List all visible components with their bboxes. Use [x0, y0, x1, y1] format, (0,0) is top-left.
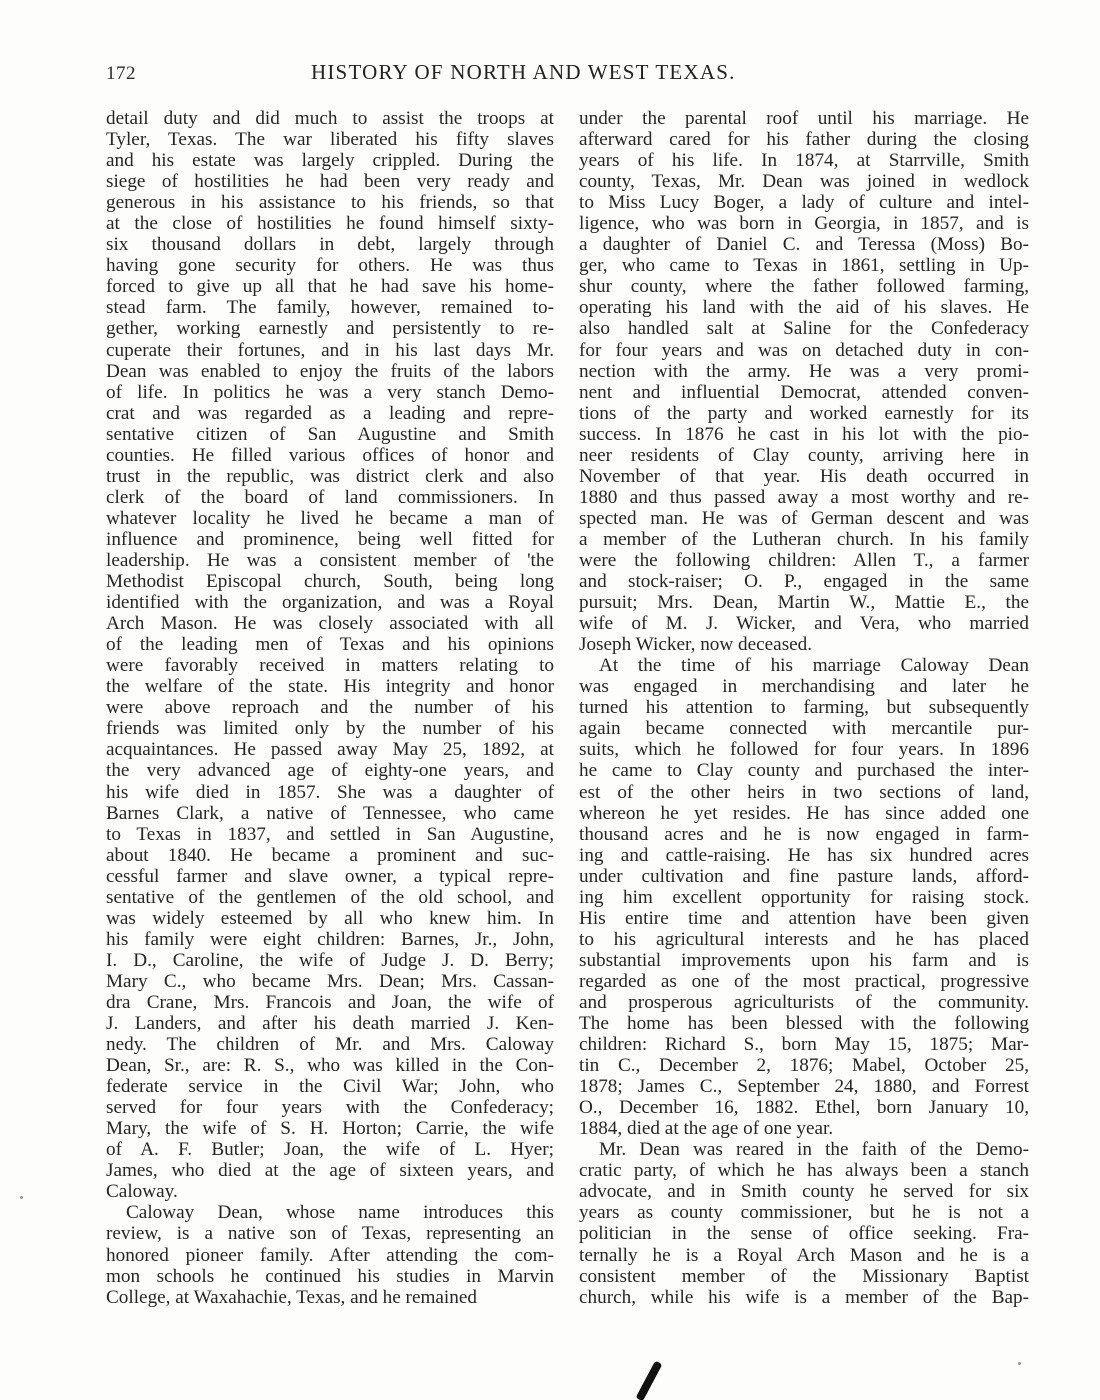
text-line: a member of the Lutheran church. In his … [579, 529, 1029, 550]
text-line: est of the other heirs in two sections o… [579, 782, 1029, 803]
text-line: detail duty and did much to assist the t… [106, 108, 554, 129]
text-line: and stock-raiser; O. P., engaged in the … [579, 571, 1029, 592]
text-line: thousand acres and he is now engaged in … [579, 824, 1029, 845]
text-line: James, who died at the age of sixteen ye… [106, 1160, 554, 1181]
text-line: O., December 16, 1882. Ethel, born Janua… [579, 1097, 1029, 1118]
left-text-column: detail duty and did much to assist the t… [106, 108, 554, 1308]
text-line: of life. In politics he was a very stanc… [106, 382, 554, 403]
text-line: J. Landers, and after his death married … [106, 1013, 554, 1034]
text-line: having gone security for others. He was … [106, 255, 554, 276]
text-line: Caloway Dean, whose name introduces this [106, 1202, 554, 1223]
text-line: sentative citizen of San Augustine and S… [106, 424, 554, 445]
text-line: 1878; James C., September 24, 1880, and … [579, 1076, 1029, 1097]
text-line: to Miss Lucy Boger, a lady of culture an… [579, 192, 1029, 213]
text-line: at the close of hostilities he found him… [106, 213, 554, 234]
text-line: under the parental roof until his marria… [579, 108, 1029, 129]
text-line: Dean was enabled to enjoy the fruits of … [106, 361, 554, 382]
text-line: nent and influential Democrat, attended … [579, 382, 1029, 403]
text-line: ligence, who was born in Georgia, in 185… [579, 213, 1029, 234]
text-line: the welfare of the state. His integrity … [106, 676, 554, 697]
text-line: 1884, died at the age of one year. [579, 1118, 1029, 1139]
text-line: generous in his assistance to his friend… [106, 192, 554, 213]
text-line: was widely esteemed by all who knew him.… [106, 908, 554, 929]
text-line: operating his land with the aid of his s… [579, 297, 1029, 318]
text-line: shur county, where the father followed f… [579, 276, 1029, 297]
text-line: sentative of the gentlemen of the old sc… [106, 887, 554, 908]
text-line: leadership. He was a consistent member o… [106, 550, 554, 571]
text-line: The home has been blessed with the follo… [579, 1013, 1029, 1034]
text-line: were favorably received in matters relat… [106, 655, 554, 676]
text-line: clerk of the board of land commissioners… [106, 487, 554, 508]
text-line: years of his life. In 1874, at Starrvill… [579, 150, 1029, 171]
text-line: ing him excellent opportunity for raisin… [579, 887, 1029, 908]
text-line: nection with the army. He was a very pro… [579, 361, 1029, 382]
text-line: served for four years with the Confedera… [106, 1097, 554, 1118]
text-line: politician in the sense of office seekin… [579, 1223, 1029, 1244]
page-number: 172 [106, 63, 136, 85]
text-line: ger, who came to Texas in 1861, settling… [579, 255, 1029, 276]
text-line: neer residents of Clay county, arriving … [579, 445, 1029, 466]
text-line: tions of the party and worked earnestly … [579, 403, 1029, 424]
text-line: under cultivation and fine pasture lands… [579, 866, 1029, 887]
text-line: siege of hostilities he had been very re… [106, 171, 554, 192]
text-line: church, while his wife is a member of th… [579, 1287, 1029, 1308]
text-line: Mr. Dean was reared in the faith of the … [579, 1139, 1029, 1160]
right-text-column: under the parental roof until his marria… [579, 108, 1029, 1308]
text-line: for four years and was on detached duty … [579, 340, 1029, 361]
text-line: acquaintances. He passed away May 25, 18… [106, 739, 554, 760]
text-line: about 1840. He became a prominent and su… [106, 845, 554, 866]
text-line: tin C., December 2, 1876; Mabel, October… [579, 1055, 1029, 1076]
text-line: he came to Clay county and purchased the… [579, 760, 1029, 781]
text-line: ing and cattle-raising. He has six hundr… [579, 845, 1029, 866]
text-line: Tyler, Texas. The war liberated his fift… [106, 129, 554, 150]
text-line: friends was limited only by the number o… [106, 718, 554, 739]
text-line: Arch Mason. He was closely associated wi… [106, 613, 554, 634]
text-line: nedy. The children of Mr. and Mrs. Calow… [106, 1034, 554, 1055]
text-line: dra Crane, Mrs. Francois and Joan, the w… [106, 992, 554, 1013]
ink-smudge-mark [636, 1361, 663, 1400]
text-line: review, is a native son of Texas, repres… [106, 1223, 554, 1244]
text-line: to his agricultural interests and he has… [579, 929, 1029, 950]
text-line: Barnes Clark, a native of Tennessee, who… [106, 803, 554, 824]
text-line: suits, which he followed for four years.… [579, 739, 1029, 760]
text-line: were the following children: Allen T., a… [579, 550, 1029, 571]
text-line: November of that year. His death occurre… [579, 466, 1029, 487]
text-line: a daughter of Daniel C. and Teressa (Mos… [579, 234, 1029, 255]
paper-speck [20, 1196, 23, 1199]
text-line: of A. F. Butler; Joan, the wife of L. Hy… [106, 1139, 554, 1160]
text-line: federate service in the Civil War; John,… [106, 1076, 554, 1097]
text-line: six thousand dollars in debt, largely th… [106, 234, 554, 255]
text-line: Mary C., who became Mrs. Dean; Mrs. Cass… [106, 971, 554, 992]
text-line: whatever locality he lived he became a m… [106, 508, 554, 529]
text-line: advocate, and in Smith county he served … [579, 1181, 1029, 1202]
text-line: His entire time and attention have been … [579, 908, 1029, 929]
text-line: consistent member of the Missionary Bapt… [579, 1266, 1029, 1287]
text-line: his family were eight children: Barnes, … [106, 929, 554, 950]
text-line: wife of M. J. Wicker, and Vera, who marr… [579, 613, 1029, 634]
text-line: afterward cared for his father during th… [579, 129, 1029, 150]
text-line: influence and prominence, being well fit… [106, 529, 554, 550]
text-line: mon schools he continued his studies in … [106, 1266, 554, 1287]
text-line: Methodist Episcopal church, South, being… [106, 571, 554, 592]
text-line: and his estate was largely crippled. Dur… [106, 150, 554, 171]
running-title: HISTORY OF NORTH AND WEST TEXAS. [311, 60, 736, 85]
text-line: cuperate their fortunes, and in his last… [106, 340, 554, 361]
text-line: children: Richard S., born May 15, 1875;… [579, 1034, 1029, 1055]
text-line: turned his attention to farming, but sub… [579, 697, 1029, 718]
text-line: counties. He filled various offices of h… [106, 445, 554, 466]
text-line: College, at Waxahachie, Texas, and he re… [106, 1287, 554, 1308]
text-line: crat and was regarded as a leading and r… [106, 403, 554, 424]
text-line: to Texas in 1837, and settled in San Aug… [106, 824, 554, 845]
text-line: the very advanced age of eighty-one year… [106, 760, 554, 781]
text-line: was engaged in merchandising and later h… [579, 676, 1029, 697]
text-line: Dean, Sr., are: R. S., who was killed in… [106, 1055, 554, 1076]
text-line: success. In 1876 he cast in his lot with… [579, 424, 1029, 445]
text-line: honored pioneer family. After attending … [106, 1245, 554, 1266]
text-line: ternally he is a Royal Arch Mason and he… [579, 1245, 1029, 1266]
text-line: identified with the organization, and wa… [106, 592, 554, 613]
text-line: county, Texas, Mr. Dean was joined in we… [579, 171, 1029, 192]
text-line: pursuit; Mrs. Dean, Martin W., Mattie E.… [579, 592, 1029, 613]
text-line: cratic party, of which he has always bee… [579, 1160, 1029, 1181]
text-line: also handled salt at Saline for the Conf… [579, 318, 1029, 339]
text-line: 1880 and thus passed away a most worthy … [579, 487, 1029, 508]
text-line: and prosperous agriculturists of the com… [579, 992, 1029, 1013]
text-line: forced to give up all that he had save h… [106, 276, 554, 297]
text-line: Caloway. [106, 1181, 554, 1202]
text-line: substantial improvements upon his farm a… [579, 950, 1029, 971]
text-line: of the leading men of Texas and his opin… [106, 634, 554, 655]
text-line: Joseph Wicker, now deceased. [579, 634, 1029, 655]
text-line: spected man. He was of German descent an… [579, 508, 1029, 529]
text-line: years as county commissioner, but he is … [579, 1202, 1029, 1223]
text-line: trust in the republic, was district cler… [106, 466, 554, 487]
text-line: stead farm. The family, however, remaine… [106, 297, 554, 318]
text-line: cessful farmer and slave owner, a typica… [106, 866, 554, 887]
text-line: again became connected with mercantile p… [579, 718, 1029, 739]
paper-speck [1018, 1362, 1021, 1365]
text-line: Mary, the wife of S. H. Horton; Carrie, … [106, 1118, 554, 1139]
page-header: 172 HISTORY OF NORTH AND WEST TEXAS. [106, 60, 1026, 90]
text-line: regarded as one of the most practical, p… [579, 971, 1029, 992]
text-line: whereon he yet resides. He has since add… [579, 803, 1029, 824]
text-line: At the time of his marriage Caloway Dean [579, 655, 1029, 676]
text-line: I. D., Caroline, the wife of Judge J. D.… [106, 950, 554, 971]
text-line: gether, working earnestly and persistent… [106, 318, 554, 339]
text-line: his wife died in 1857. She was a daughte… [106, 782, 554, 803]
book-page: 172 HISTORY OF NORTH AND WEST TEXAS. det… [0, 0, 1100, 1400]
text-line: were above reproach and the number of hi… [106, 697, 554, 718]
